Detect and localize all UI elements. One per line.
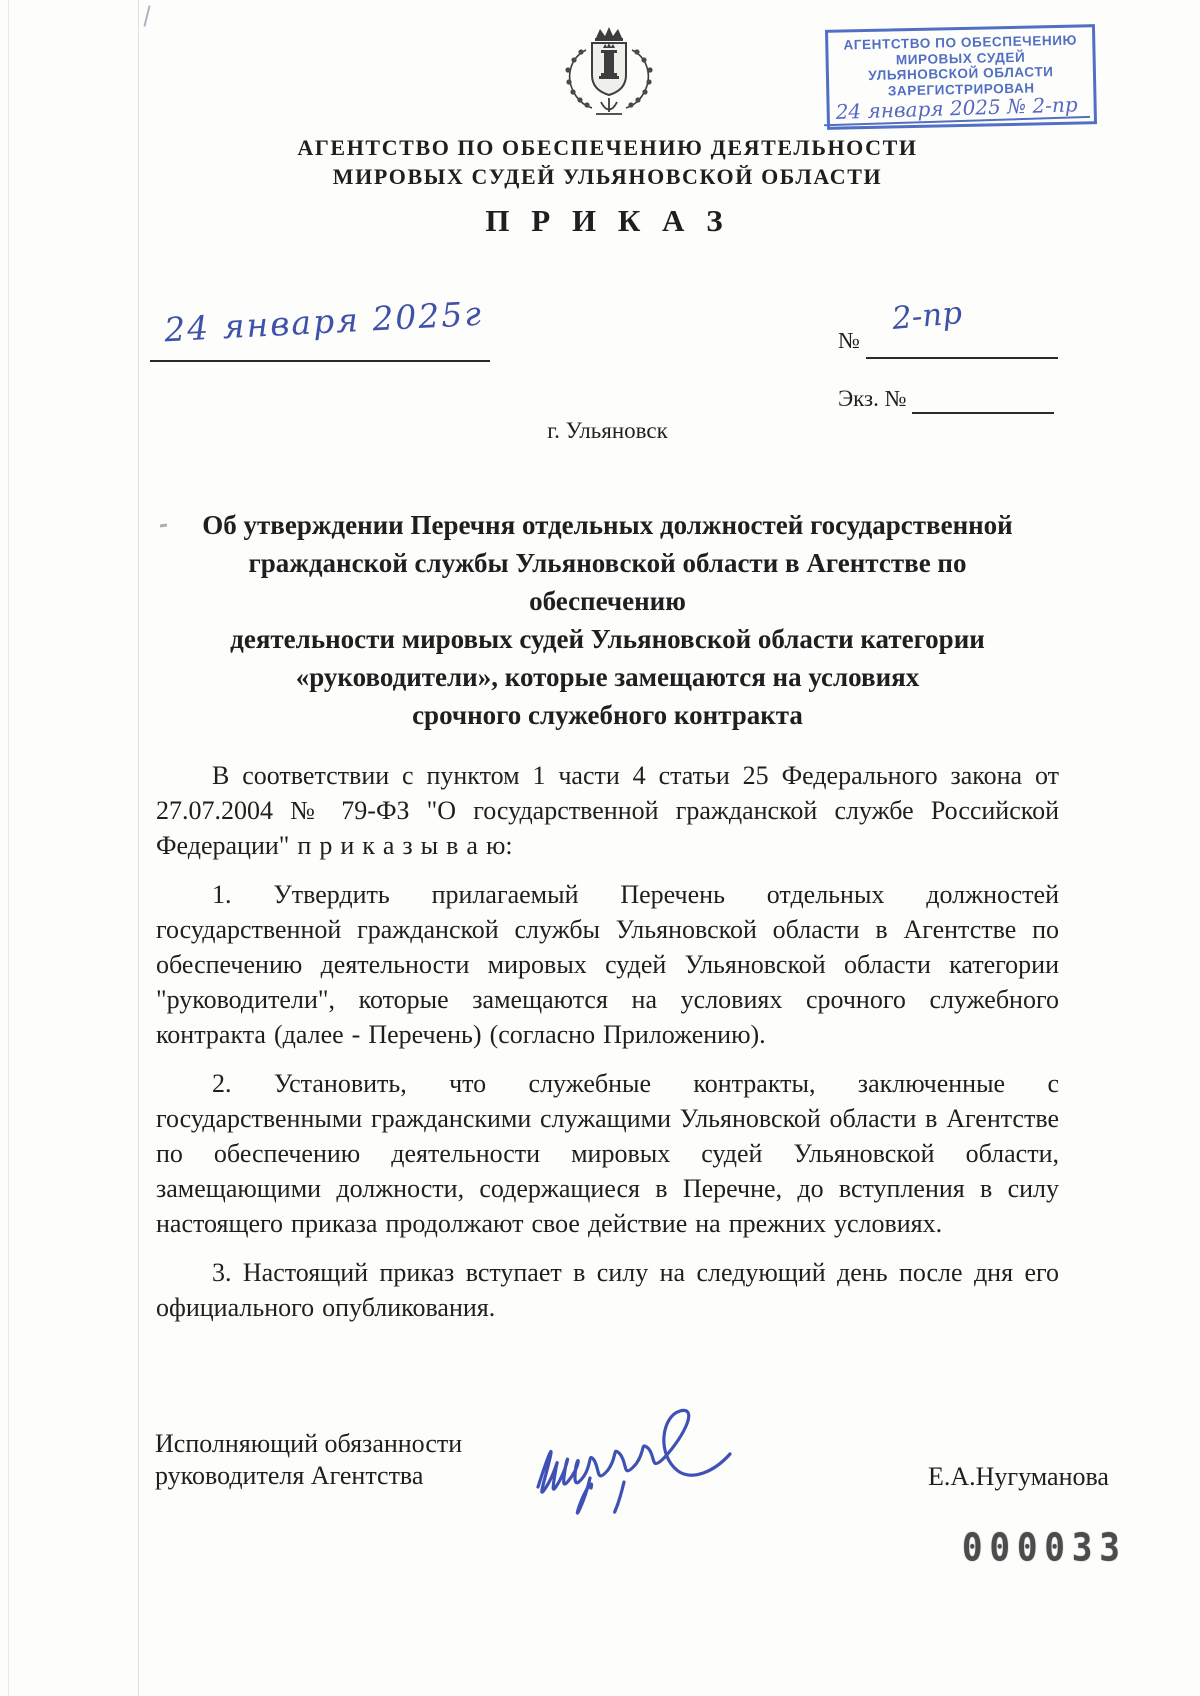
signer-position-line1: Исполняющий обязанности (155, 1428, 462, 1460)
org-name: АГЕНТСТВО ПО ОБЕСПЕЧЕНИЮ ДЕЯТЕЛЬНОСТИ МИ… (155, 133, 1060, 191)
org-name-line1: АГЕНТСТВО ПО ОБЕСПЕЧЕНИЮ ДЕЯТЕЛЬНОСТИ (155, 133, 1060, 162)
scanned-order-document: АГЕНТСТВО ПО ОБЕСПЕЧЕНИЮ МИРОВЫХ СУДЕЙ У… (0, 0, 1200, 1696)
scan-edge-line (8, 0, 9, 1696)
scan-page-edge-line (138, 0, 139, 1696)
body-text: В соответствии с пунктом 1 части 4 стать… (156, 758, 1059, 1339)
org-name-line2: МИРОВЫХ СУДЕЙ УЛЬЯНОВСКОЙ ОБЛАСТИ (155, 162, 1060, 191)
order-paragraph-3: 3. Настоящий приказ вступает в силу на с… (156, 1255, 1059, 1325)
handwritten-date: 24 января 2025г (163, 294, 484, 350)
copy-number-label: Экз. № (838, 386, 907, 412)
pen-mark (143, 5, 150, 27)
signer-position: Исполняющий обязанности руководителя Аге… (155, 1428, 462, 1492)
title-line: деятельности мировых судей Ульяновской о… (185, 620, 1030, 658)
order-paragraph-1: 1. Утвердить прилагаемый Перечень отдель… (156, 877, 1059, 1052)
date-underline (150, 360, 490, 362)
sheet-number-stamp: 000033 (962, 1526, 1127, 1571)
number-label: № (838, 328, 860, 354)
signer-position-line2: руководителя Агентства (155, 1460, 462, 1492)
title-line: «руководители», которые замещаются на ус… (185, 658, 1030, 696)
city-line: г. Ульяновск (155, 418, 1060, 444)
copy-number-underline (912, 412, 1054, 414)
signer-name: Е.А.Нугуманова (928, 1462, 1109, 1492)
number-underline (866, 357, 1058, 359)
title-line: Об утверждении Перечня отдельных должнос… (185, 506, 1030, 544)
title-line: гражданской службы Ульяновской области в… (185, 544, 1030, 620)
stray-dot-mark (160, 524, 167, 528)
registration-stamp: АГЕНТСТВО ПО ОБЕСПЕЧЕНИЮ МИРОВЫХ СУДЕЙ У… (825, 24, 1097, 130)
intro-paragraph: В соответствии с пунктом 1 части 4 стать… (156, 758, 1059, 863)
title-line: срочного служебного контракта (185, 696, 1030, 734)
coat-of-arms-icon (556, 26, 662, 120)
document-title: Об утверждении Перечня отдельных должнос… (185, 506, 1030, 734)
handwritten-number: 2-пр (891, 295, 964, 337)
order-paragraph-2: 2. Установить, что служебные контракты, … (156, 1066, 1059, 1241)
doc-type-heading: П Р И К А З (155, 203, 1060, 239)
handwritten-signature (528, 1392, 763, 1532)
